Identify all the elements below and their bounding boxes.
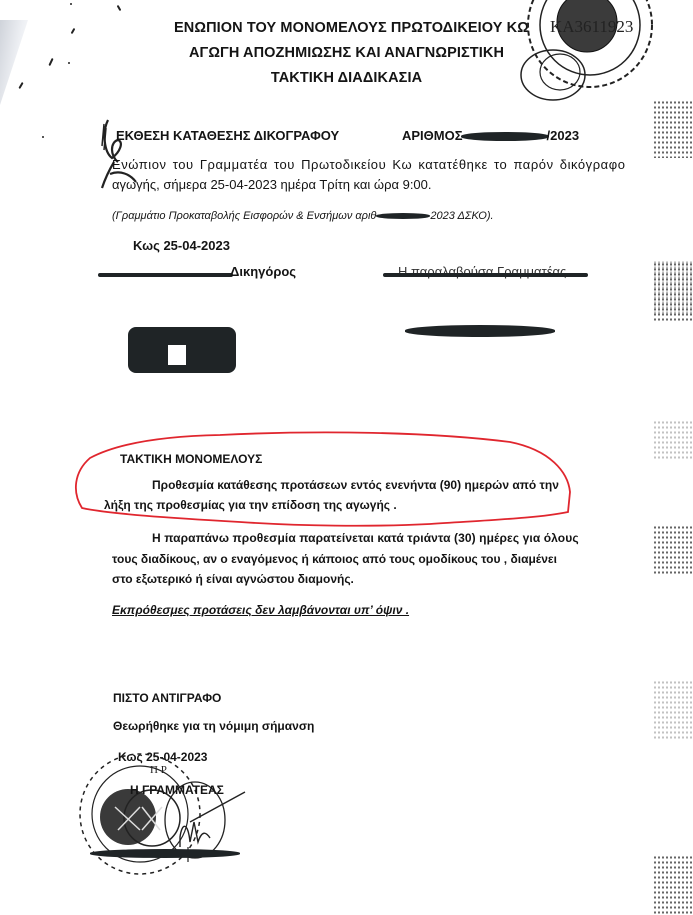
- receipt-prefix: (Γραμμάτιο Προκαταβολής Εισφορών & Ενσήμ…: [112, 210, 376, 222]
- redaction-gap: [168, 345, 186, 365]
- redacted-clerk-name: [90, 849, 240, 858]
- extension-line2: τους διαδίκους, αν ο εναγόμενος ή κάποιο…: [112, 552, 557, 566]
- clerk-title: Η ΓΡΑΜΜΑΤΕΑΣ: [130, 783, 224, 797]
- filing-number: ΑΡΙΘΜΟΣ/2023: [402, 128, 579, 143]
- late-submission-notice: Εκπρόθεσμες προτάσεις δεν λαμβάνονται υπ…: [112, 603, 409, 617]
- scan-speck: [117, 5, 122, 11]
- receipt-suffix: 2023 ΔΣΚΟ).: [430, 210, 493, 222]
- notice-line1: Προθεσμία κατάθεσης προτάσεων εντός ενεν…: [152, 478, 559, 492]
- redacted-lawyer-name: [98, 273, 233, 277]
- redacted-clerk-signature: [405, 325, 555, 337]
- scan-noise: [653, 420, 693, 460]
- court-stamp-bottom-icon: Π Ρ: [70, 752, 270, 882]
- filing-number-suffix: /2023: [547, 128, 580, 143]
- scan-noise: [653, 680, 693, 740]
- filing-report-title: ΕΚΘΕΣΗ ΚΑΤΑΘΕΣΗΣ ΔΙΚΟΓΡΑΦΟΥ: [116, 128, 339, 143]
- scan-noise: [653, 855, 693, 915]
- receipt-line: (Γραμμάτιο Προκαταβολής Εισφορών & Ενσήμ…: [112, 210, 494, 222]
- lawyer-role: Δικηγόρος: [230, 264, 296, 279]
- redacted-clerk-role: [383, 273, 588, 277]
- scan-speck: [70, 3, 72, 5]
- certified-copy-title: ΠΙΣΤΟ ΑΝΤΙΓΡΑΦΟ: [113, 691, 221, 705]
- scan-noise: [653, 262, 693, 322]
- notice-title: ΤΑΚΤΙΚΗ ΜΟΝΟΜΕΛΟΥΣ: [120, 452, 262, 466]
- notice-line2: λήξη της προθεσμίας για την επίδοση της …: [104, 498, 397, 512]
- svg-text:Π Ρ: Π Ρ: [150, 764, 167, 776]
- redacted-number: [461, 132, 549, 141]
- scan-noise: [653, 100, 693, 158]
- extension-line3: στο εξωτερικό ή είναι αγνώστου διαμονής.: [112, 572, 354, 586]
- filing-number-label: ΑΡΙΘΜΟΣ: [402, 128, 463, 143]
- filing-body-line2: αγωγής, σήμερα 25-04-2023 ημέρα Τρίτη κα…: [112, 177, 432, 192]
- svg-text:ΚΑ3611923: ΚΑ3611923: [550, 17, 633, 36]
- filing-body-line1: Ενώπιον του Γραμματέα του Πρωτοδικείου Κ…: [112, 157, 626, 172]
- scan-noise: [653, 525, 693, 575]
- scan-speck: [42, 136, 44, 138]
- scan-speck: [68, 62, 70, 64]
- redacted-receipt: [376, 213, 430, 219]
- certification-text: Θεωρήθηκε για τη νόμιμη σήμανση: [113, 719, 314, 733]
- place-date: Κως 25-04-2023: [133, 238, 230, 253]
- extension-line1: Η παραπάνω προθεσμία παρατείνεται κατά τ…: [152, 531, 579, 545]
- court-stamp-top-icon: ΚΑ3611923: [515, 0, 655, 105]
